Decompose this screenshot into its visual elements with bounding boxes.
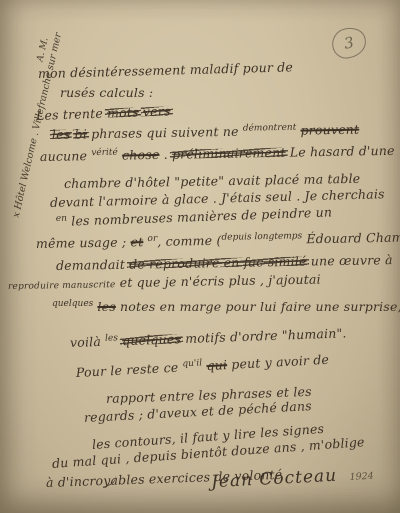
inserted-correction-text: quelques [52, 299, 93, 309]
inserted-correction-text: vérité [91, 148, 118, 158]
struck-out-text: les [52, 127, 71, 142]
inserted-correction-text: démontrent [243, 123, 297, 134]
struck-out-text: prouvent [300, 122, 359, 138]
handwritten-text: Édouard Champion [302, 229, 400, 246]
manuscript-line: quelques les notes en marge pour lui fai… [52, 297, 400, 319]
handwritten-text: Pour le reste ce [76, 359, 183, 380]
handwritten-text: phrases qui suivent ne [87, 124, 243, 142]
struck-out-text: préliminairement [172, 145, 286, 162]
handwritten-text: peut y avoir de [227, 352, 330, 372]
handwritten-text: voilà [70, 334, 106, 350]
handwritten-text: une œuvre à [306, 252, 392, 269]
struck-out-text: vers [143, 103, 171, 119]
manuscript-lines: mon désintéressement maladif pour derusé… [0, 64, 400, 492]
struck-out-text: quelques [122, 331, 181, 348]
handwritten-text: mon désintéressement maladif pour de [38, 59, 293, 81]
struck-out-text: de reproduire en fac-similé [129, 254, 307, 272]
manuscript-line: mon désintéressement maladif pour de [38, 55, 400, 83]
handwritten-text: notes en marge pour lui faire une surpri… [116, 299, 400, 314]
handwritten-text: aucune [40, 148, 92, 164]
margin-small-text: reproduire manuscrite [8, 280, 116, 292]
struck-out-text: chose [122, 147, 160, 163]
struck-out-text: les [97, 299, 115, 314]
handwritten-text: motifs d'ordre "humain". [181, 325, 347, 346]
inserted-correction-text: qu'il [182, 358, 202, 369]
struck-out-text: qui [206, 357, 227, 373]
inserted-correction-text: depuis longtemps [221, 231, 302, 242]
inserted-correction-text: les [105, 333, 118, 343]
handwritten-text: Les trente [36, 106, 108, 123]
struck-out-text: bi [74, 126, 87, 141]
inserted-correction-text: en [56, 214, 67, 224]
inserted-correction-text: or [147, 234, 157, 244]
handwritten-text: demandait [56, 257, 129, 273]
page-number: 3 [343, 33, 356, 52]
handwritten-text: et que je n'écris plus , j'ajoutai [115, 272, 321, 291]
handwritten-text: même usage ; [36, 234, 131, 251]
handwritten-text: , comme ( [157, 233, 221, 249]
handwritten-text: Le hasard d'une [285, 143, 394, 160]
struck-out-text: mots [107, 104, 139, 120]
signature-year: 1924 [350, 471, 375, 483]
manuscript-photo: 3 A. M. x Hôtel Welcome . Villefranche s… [0, 0, 400, 513]
struck-out-text: et [130, 234, 143, 249]
handwritten-text: rusés calculs : [60, 85, 153, 100]
